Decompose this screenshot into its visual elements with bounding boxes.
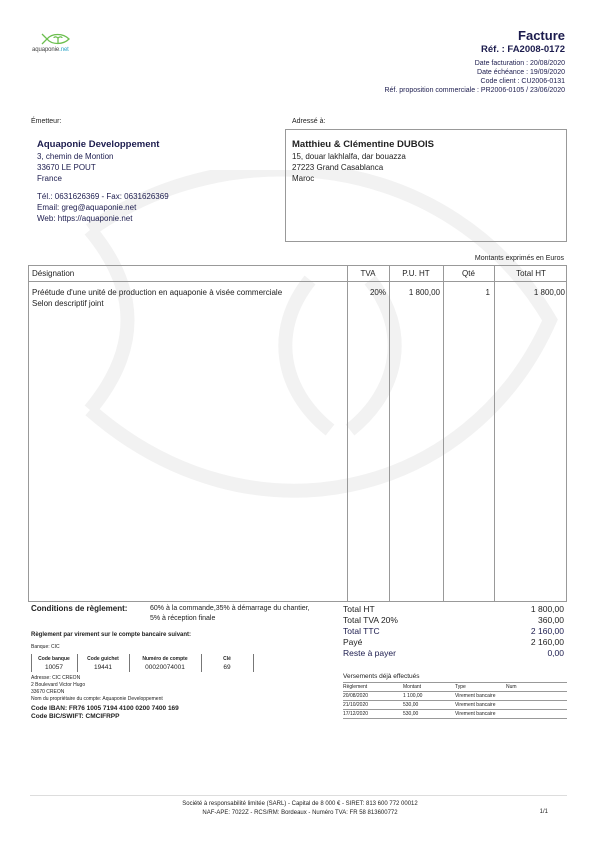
header-qty: Qté: [443, 269, 494, 278]
line-pu: 1 800,00: [389, 288, 440, 299]
bank-header-cle: Clé: [201, 656, 253, 662]
payments-header-type: Type: [455, 684, 466, 690]
header-pu: P.U. HT: [389, 269, 443, 278]
code-client: Code client : CU2006-0131: [384, 77, 565, 86]
bank-address2: 2 Boulevard Victor Hugo: [31, 682, 163, 689]
line-total: 1 800,00: [494, 288, 565, 299]
total-value: 1 800,00: [531, 604, 564, 615]
total-label: Reste à payer: [343, 648, 396, 659]
iban: Code IBAN: FR76 1005 7194 4100 0200 7400…: [31, 705, 179, 713]
date-facturation: Date facturation : 20/08/2020: [384, 59, 565, 68]
sender-name: Aquaponie Developpement: [37, 139, 169, 151]
sender-email: Email: greg@aquaponie.net: [37, 202, 169, 213]
bank-cle: 69: [201, 664, 253, 671]
total-tva-row: Total TVA 20%360,00: [343, 615, 564, 626]
sender-block: Aquaponie Developpement 3, chemin de Mon…: [37, 139, 169, 224]
total-ttc-row: Total TTC2 160,00: [343, 626, 564, 637]
invoice-header: Facture Réf. : FA2008-0172 Date facturat…: [384, 28, 565, 95]
recipient-address1: 15, douar lakhlalfa, dar bouazza: [292, 151, 434, 162]
line-designation: Préétude d'une unité de production en aq…: [32, 288, 282, 299]
line-qty: 1: [443, 288, 490, 299]
bank-owner: Nom du propriétaire du compte: Aquaponie…: [31, 696, 163, 703]
logo-text: aquaponie: [32, 47, 59, 53]
payment-date: 21/10/2020: [343, 702, 368, 708]
footer-divider: [30, 795, 567, 796]
sender-label: Émetteur:: [31, 118, 61, 125]
bank-header-code-banque: Code banque: [31, 656, 77, 662]
bic: Code BIC/SWIFT: CMCIFRPP: [31, 713, 179, 721]
payments-header: Règlement Montant Type Num: [343, 682, 567, 692]
company-logo: aquaponie.net: [32, 32, 92, 58]
conditions-line2: 5% à réception finale: [150, 614, 310, 624]
total-value: 0,00: [547, 648, 564, 659]
recipient-country: Maroc: [292, 173, 434, 184]
conditions-text: 60% à la commande,35% à démarrage du cha…: [150, 604, 310, 624]
recipient-box: Matthieu & Clémentine DUBOIS 15, douar l…: [285, 129, 567, 242]
invoice-lines-table: Désignation TVA P.U. HT Qté Total HT Pré…: [28, 265, 567, 602]
line-description: Selon descriptif joint: [32, 299, 282, 310]
payment-amount: 530,00: [403, 702, 418, 708]
currency-note: Montants exprimés en Euros: [475, 255, 564, 262]
page-number: 1/1: [540, 809, 548, 815]
payment-date: 17/12/2020: [343, 711, 368, 717]
header-designation: Désignation: [32, 269, 74, 278]
bank-address: Adresse: CIC CREON 2 Boulevard Victor Hu…: [31, 675, 163, 703]
bank-code-guichet: 19441: [77, 664, 129, 671]
sender-country: France: [37, 173, 169, 184]
header-total: Total HT: [494, 269, 568, 278]
payments-header-montant: Montant: [403, 684, 421, 690]
table-row: 20/08/2020 1 100,00 Virement bancaire: [343, 692, 567, 701]
document-title: Facture: [384, 28, 565, 43]
total-label: Total TTC: [343, 626, 380, 637]
header-tva: TVA: [347, 269, 389, 278]
total-label: Total HT: [343, 604, 375, 615]
date-echeance: Date échéance : 19/09/2020: [384, 68, 565, 77]
table-row: 17/12/2020 530,00 Virement bancaire: [343, 710, 567, 719]
remaining-row: Reste à payer0,00: [343, 648, 564, 659]
bank-code-banque: 10057: [31, 664, 77, 671]
payment-amount: 1 100,00: [403, 693, 422, 699]
total-value: 2 160,00: [531, 637, 564, 648]
payments-title: Versements déjà effectués: [343, 673, 567, 680]
payments-table: Versements déjà effectués Règlement Mont…: [343, 673, 567, 719]
bank-header-numero-compte: Numéro de compte: [129, 656, 201, 662]
table-row: Préétude d'une unité de production en aq…: [32, 288, 282, 309]
bank-address1: Adresse: CIC CREON: [31, 675, 163, 682]
sender-address1: 3, chemin de Montion: [37, 151, 169, 162]
payments-header-reglement: Règlement: [343, 684, 367, 690]
footer-legal-line2: NAF-APE: 7022Z - RCS/RM: Bordeaux - Numé…: [100, 809, 500, 818]
total-value: 360,00: [538, 615, 564, 626]
bank-numero-compte: 00020074001: [129, 664, 201, 671]
payment-amount: 530,00: [403, 711, 418, 717]
conditions-line1: 60% à la commande,35% à démarrage du cha…: [150, 604, 310, 614]
invoice-ref: Réf. : FA2008-0172: [384, 43, 565, 56]
payments-header-num: Num: [506, 684, 517, 690]
bank-transfer-title: Règlement par virement sur le compte ban…: [31, 632, 191, 638]
payment-type: Virement bancaire: [455, 702, 496, 708]
line-tva: 20%: [347, 288, 386, 299]
logo-suffix: .net: [59, 47, 69, 53]
total-value: 2 160,00: [531, 626, 564, 637]
table-row: 21/10/2020 530,00 Virement bancaire: [343, 701, 567, 710]
total-ht-row: Total HT1 800,00: [343, 604, 564, 615]
footer: Société à responsabilité limitée (SARL) …: [100, 800, 500, 818]
payment-type: Virement bancaire: [455, 711, 496, 717]
bank-codes: Code IBAN: FR76 1005 7194 4100 0200 7400…: [31, 705, 179, 721]
bank-address3: 33670 CREON: [31, 689, 163, 696]
sender-address2: 33670 LE POUT: [37, 162, 169, 173]
conditions-label: Conditions de règlement:: [31, 604, 127, 613]
ref-proposition: Réf. proposition commerciale : PR2006-01…: [384, 86, 565, 95]
bank-name: Banque: CIC: [31, 644, 60, 650]
bank-header-code-guichet: Code guichet: [77, 656, 129, 662]
payment-type: Virement bancaire: [455, 693, 496, 699]
total-label: Total TVA 20%: [343, 615, 398, 626]
total-label: Payé: [343, 637, 362, 648]
payment-date: 20/08/2020: [343, 693, 368, 699]
recipient-address2: 27223 Grand Casablanca: [292, 162, 434, 173]
paid-row: Payé2 160,00: [343, 637, 564, 648]
recipient-name: Matthieu & Clémentine DUBOIS: [292, 139, 434, 151]
footer-legal-line1: Société à responsabilité limitée (SARL) …: [100, 800, 500, 809]
recipient-label: Adressé à:: [292, 118, 325, 125]
totals-block: Total HT1 800,00 Total TVA 20%360,00 Tot…: [343, 604, 564, 659]
fish-sprout-icon: [41, 32, 71, 46]
sender-phone: Tél.: 0631626369 - Fax: 0631626369: [37, 191, 169, 202]
sender-web: Web: https://aquaponie.net: [37, 213, 169, 224]
